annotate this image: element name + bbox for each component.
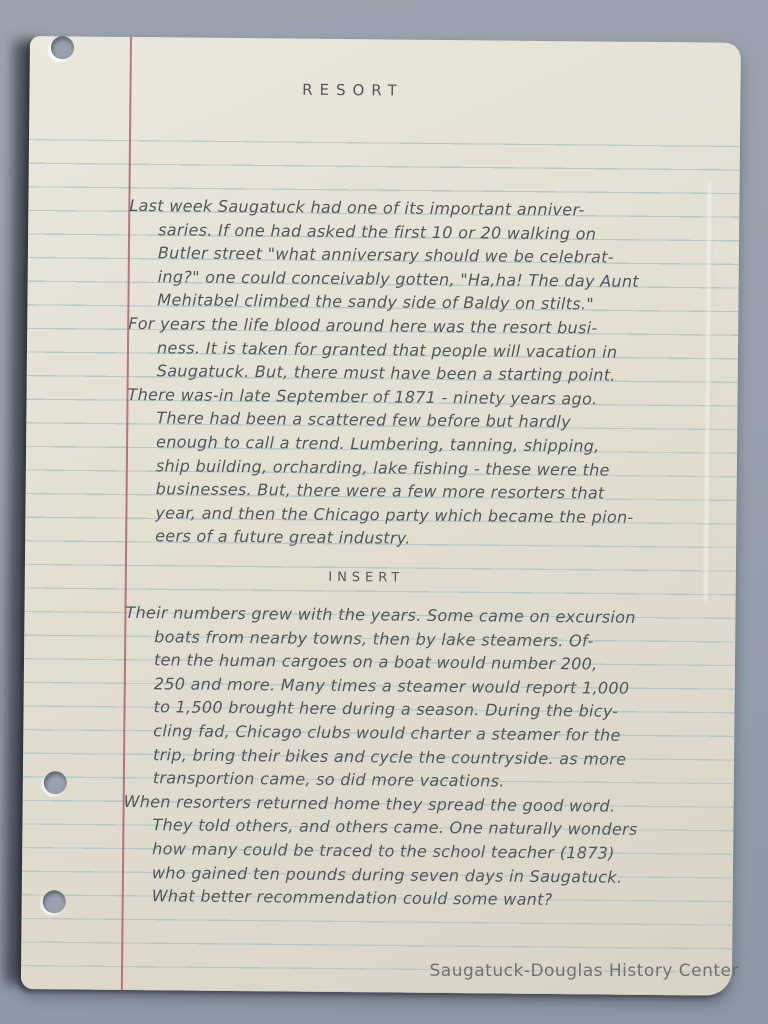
handwritten-paragraph-2: Their numbers grew with the years. Some … bbox=[123, 601, 728, 913]
page-title: RESORT bbox=[21, 78, 709, 103]
handwritten-paragraph-1: Last week Saugatuck had one of its impor… bbox=[126, 194, 731, 554]
hole-punch bbox=[44, 771, 67, 794]
watermark-text: Saugatuck-Douglas History Center bbox=[429, 961, 739, 981]
hole-punch bbox=[51, 36, 74, 59]
photo-background: RESORT Last week Saugatuck had one of it… bbox=[0, 0, 768, 1024]
hole-punch bbox=[43, 890, 66, 913]
notebook-page: RESORT Last week Saugatuck had one of it… bbox=[21, 36, 741, 996]
